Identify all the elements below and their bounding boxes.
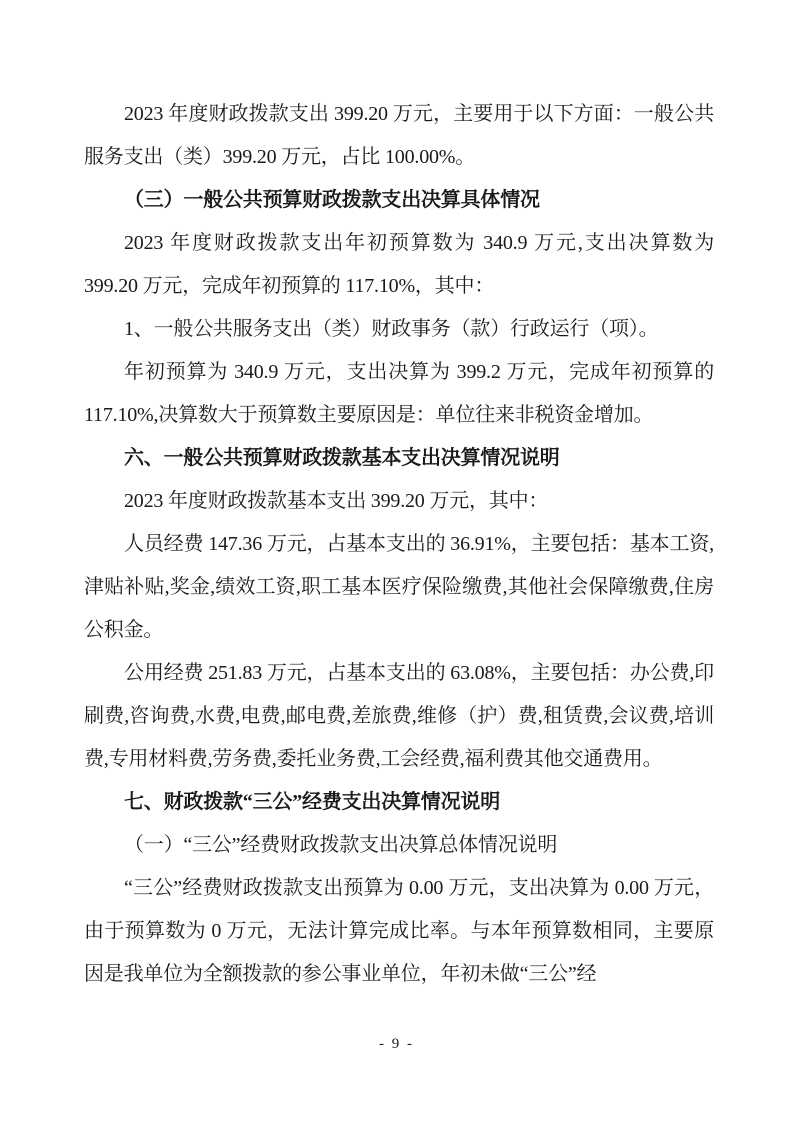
document-page: 2023 年度财政拨款支出 399.20 万元，主要用于以下方面：一般公共服务支… xyxy=(0,0,793,1122)
section-heading-7-three-public-funds: 七、财政拨款“三公”经费支出决算情况说明 xyxy=(84,781,714,824)
paragraph-budget-vs-final: 2023 年度财政拨款支出年初预算数为 340.9 万元,支出决算数为 399.… xyxy=(84,222,714,308)
paragraph-item-1-admin-operation: 1、一般公共服务支出（类）财政事务（款）行政运行（项）。 xyxy=(84,308,714,351)
paragraph-variance-reason: 年初预算为 340.9 万元，支出决算为 399.2 万元，完成年初预算的 11… xyxy=(84,351,714,437)
page-number: - 9 - xyxy=(0,1036,793,1053)
section-heading-6-basic-expenditure: 六、一般公共预算财政拨款基本支出决算情况说明 xyxy=(84,437,714,480)
paragraph-three-public-funds-detail: “三公”经费财政拨款支出预算为 0.00 万元，支出决算为 0.00 万元，由于… xyxy=(84,867,714,996)
subsection-heading-1-overall-situation: （一）“三公”经费财政拨款支出决算总体情况说明 xyxy=(84,824,714,867)
paragraph-basic-expenditure-total: 2023 年度财政拨款基本支出 399.20 万元，其中： xyxy=(84,480,714,523)
paragraph-fiscal-expenditure-overview: 2023 年度财政拨款支出 399.20 万元，主要用于以下方面：一般公共服务支… xyxy=(84,93,714,179)
paragraph-public-funds: 公用经费 251.83 万元，占基本支出的 63.08%，主要包括：办公费,印刷… xyxy=(84,652,714,781)
section-heading-3-specific-situation: （三）一般公共预算财政拨款支出决算具体情况 xyxy=(84,179,714,222)
paragraph-personnel-funds: 人员经费 147.36 万元，占基本支出的 36.91%，主要包括：基本工资,津… xyxy=(84,523,714,652)
document-body: 2023 年度财政拨款支出 399.20 万元，主要用于以下方面：一般公共服务支… xyxy=(84,93,714,996)
